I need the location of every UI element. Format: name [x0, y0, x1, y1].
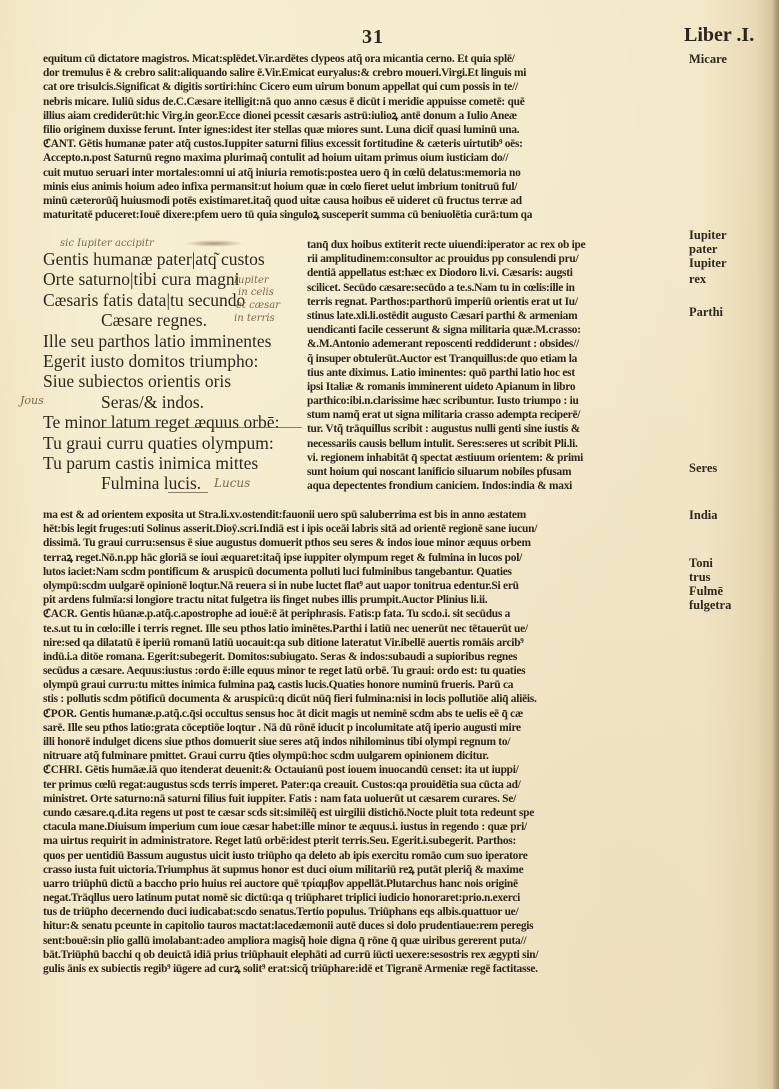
verse-line: Seras/& indos.	[43, 392, 279, 412]
commentary-line: te.s.ut tu in cœlo:ille i terris regnet.…	[43, 622, 683, 636]
commentary-line: dissimā. Tu graui curru:sensus ē siue au…	[43, 536, 683, 550]
verse-line: Tu parum castis inimica mittes	[43, 453, 279, 473]
commentary-bottom: ma est & ad orientem exposita ut Stra.li…	[43, 508, 683, 976]
commentary-line: cat ore trisulcis.Significat & digitis s…	[43, 80, 683, 94]
verse-line: Ille seu parthos latio imminentes	[43, 331, 279, 351]
commentary-line: cundo cæsare.q.d.ita regens ut post te c…	[43, 806, 683, 820]
commentary-line: &.M.Antonio ademerant reposcenti reddide…	[307, 337, 683, 351]
manuscript-note-above-verse: sic Iupiter accipitr	[60, 238, 154, 249]
commentary-line: quos per uentidiū Bassum augustus uicit …	[43, 849, 683, 863]
manuscript-note-jupiter: Iupiter	[234, 275, 269, 286]
manuscript-note-lucus: Lucus	[214, 478, 250, 489]
margin-note: Iupiter	[689, 228, 727, 242]
commentary-line: olympū graui curru:tu mittes inimica ful…	[43, 678, 683, 692]
commentary-line: ma uirtus requirit in administratore. Re…	[43, 834, 683, 848]
margin-note: rex	[689, 272, 706, 286]
margin-note: Micare	[689, 52, 727, 66]
commentary-line: nebris micare. Iuliū sidus de.C.Cæsare i…	[43, 95, 683, 109]
commentary-line: tus de triūpho decernendo duci iudicabat…	[43, 905, 683, 919]
verse-line: Tu graui curru quaties olympum:	[43, 433, 279, 453]
manuscript-note-in-celis: in celis	[238, 287, 274, 298]
commentary-line: terraꝝ reget.Nō.n.pp hāc gloriā se ioui …	[43, 551, 683, 565]
commentary-line: ℭACR. Gentis hūanæ.p.atq͂.c.apostrophe a…	[43, 607, 683, 621]
commentary-line: sent:bouē:sin plio gallū imolabant:adeo …	[43, 934, 683, 948]
commentary-line: olympū:scdm uulgarē opinionē loqtur.Nā r…	[43, 579, 683, 593]
commentary-line: bāt.Triūphū bacchi q ob deuictā idiā pri…	[43, 948, 683, 962]
margin-note: trus	[689, 570, 711, 584]
commentary-line: terris regnat. Parthos:parthorū imperiū …	[307, 295, 683, 309]
margin-note: Iupiter	[689, 256, 727, 270]
commentary-line: ipsi Italiæ & romanis imminerent uideto …	[307, 380, 683, 394]
commentary-line: maturitatē pduceret:Iouē dixere:pfem uer…	[43, 208, 683, 222]
commentary-line: illius aiam crediderūt:hic Virg.in geor.…	[43, 109, 683, 123]
commentary-line: crasso iusta fuit uictoria.Triumphus āt …	[43, 863, 683, 877]
commentary-line: minis eius animis hoium adeo infixa perm…	[43, 180, 683, 194]
commentary-line: negat.Trāqllus uero latinum putat nomē s…	[43, 891, 683, 905]
commentary-line: ma est & ad orientem exposita ut Stra.li…	[43, 508, 683, 522]
commentary-line: aqua depectentes frondium caniciem. Indo…	[307, 479, 683, 493]
commentary-line: hitur:& senatu pceunte in capitolio taur…	[43, 919, 683, 933]
manuscript-note-left-margin: Jous	[20, 395, 44, 406]
commentary-line: indū.i.a ditōe romana. Egerit:subegerit.…	[43, 650, 683, 664]
margin-note: Seres	[689, 461, 717, 475]
commentary-line: pit ardens fulmīa:si longiore tractu nit…	[43, 593, 683, 607]
commentary-line: ℭANT. Gētis humanæ pater atq͂ custos.Iup…	[43, 137, 683, 151]
commentary-line: ℭPOR. Gentis humanæ.p.atq͂.c.q̄si occult…	[43, 707, 683, 721]
commentary-line: tur. Vtq͂ trāquillus scribit : augustus …	[307, 422, 683, 436]
commentary-line: rii amplitudinem:consultor ac prouidus p…	[307, 252, 683, 266]
commentary-line: tius ante diximus. Latio iminentes: quō …	[307, 366, 683, 380]
margin-note: fulgetra	[689, 598, 731, 612]
commentary-line: ministret. Orte saturno:nā saturni filiu…	[43, 792, 683, 806]
commentary-line: dentiā appellatus est:hæc ex Diodoro li.…	[307, 266, 683, 280]
commentary-line: illi honorē indulget dicens siue pthos d…	[43, 735, 683, 749]
margin-note: pater	[689, 242, 717, 256]
commentary-line: sarē. Ille seu pthos latio:grata cōcepti…	[43, 721, 683, 735]
commentary-line: necessariis causis bellum intulit. Seres…	[307, 437, 683, 451]
commentary-line: uendicanti facile cesserunt & signa mili…	[307, 323, 683, 337]
book-page: 31 Liber .I. equitum cū dictatore magist…	[0, 0, 779, 1089]
commentary-line: stis : pollutis scdm pōtificū documenta …	[43, 692, 683, 706]
commentary-line: ctacula mane.Diuisum imperium cum ioue c…	[43, 820, 683, 834]
commentary-line: q͂ insuper obtulerūt.Auctor est Tranquil…	[307, 352, 683, 366]
commentary-line: parthico:ibi.n.clarissime hæc scribuntur…	[307, 394, 683, 408]
commentary-line: cuit mutuo seruari inter mortales:omni u…	[43, 166, 683, 180]
margin-note: India	[689, 508, 718, 522]
manuscript-underline	[92, 427, 302, 428]
margin-note: Fulmē	[689, 584, 723, 598]
commentary-line: minū cæterorūq͂ huiusmodi potēs existima…	[43, 194, 683, 208]
running-head: Liber .I.	[684, 24, 754, 47]
page-edge	[773, 0, 779, 1089]
verse-line: Egerit iusto domitos triumpho:	[43, 351, 279, 371]
commentary-line: vi. regionem inhabitāt q̄ spectat æstiuu…	[307, 451, 683, 465]
commentary-line: secūdus a cæsare. Aequus:iustus :ordo ē:…	[43, 664, 683, 678]
verse-line: Siue subiectos orientis oris	[43, 371, 279, 391]
verse-line: Gentis humanæ pater|atq͂ custos	[43, 249, 279, 269]
verse-line: Te minor latum reget æquus orbē:	[43, 412, 279, 432]
commentary-line: hēt:bis legit fruges:uti Solinus asserit…	[43, 522, 683, 536]
commentary-line: ℭCHRI. Gētis humāæ.iā quo itenderat deue…	[43, 763, 683, 777]
commentary-line: nire:sed qa dilatatū ē iperiū romanū lat…	[43, 636, 683, 650]
commentary-line: ter primus cœlū regat:augustus scds terr…	[43, 778, 683, 792]
ink-blot	[184, 240, 244, 247]
margin-note: Toni	[689, 556, 713, 570]
commentary-line: stinus late.xli.li.ostēdit augusto Cæsar…	[307, 309, 683, 323]
commentary-line: Accepto.n.post Saturnū regno maxima plur…	[43, 151, 683, 165]
commentary-line: uarro triūphū dictū a baccho prio huius …	[43, 877, 683, 891]
margin-note: Parthi	[689, 305, 723, 319]
commentary-line: nitruare atq͂ fulminare pmittet. Graui c…	[43, 749, 683, 763]
commentary-line: scilicet. Secūdo cæsare:secūdo a te.s.Na…	[307, 281, 683, 295]
commentary-line: filio originem duxisse ferunt. Inter ign…	[43, 123, 683, 137]
manuscript-underline	[168, 492, 208, 493]
manuscript-note-et-caesar: et cæsar	[236, 300, 280, 311]
commentary-top: equitum cū dictatore magistros. Micat:sp…	[43, 52, 683, 222]
commentary-line: equitum cū dictatore magistros. Micat:sp…	[43, 52, 683, 66]
commentary-line: tanq̄ dux hoibus extiterit recte uiuendi…	[307, 238, 683, 252]
folio-number: 31	[362, 26, 384, 49]
commentary-line: lutos iaciet:Nam scdm pontificum & arusp…	[43, 565, 683, 579]
commentary-line: dor tremulus ē & crebro salit:aliquando …	[43, 66, 683, 80]
commentary-line: gulis ānis ex subiectis regib⁹ iūgere ad…	[43, 962, 683, 976]
commentary-side: tanq̄ dux hoibus extiterit recte uiuendi…	[307, 238, 683, 493]
commentary-line: sunt hoium qui noscant lanificio siluaru…	[307, 465, 683, 479]
manuscript-note-in-terris: in terris	[234, 313, 275, 324]
commentary-line: stum namq͂ erat ut signa militaria crass…	[307, 408, 683, 422]
